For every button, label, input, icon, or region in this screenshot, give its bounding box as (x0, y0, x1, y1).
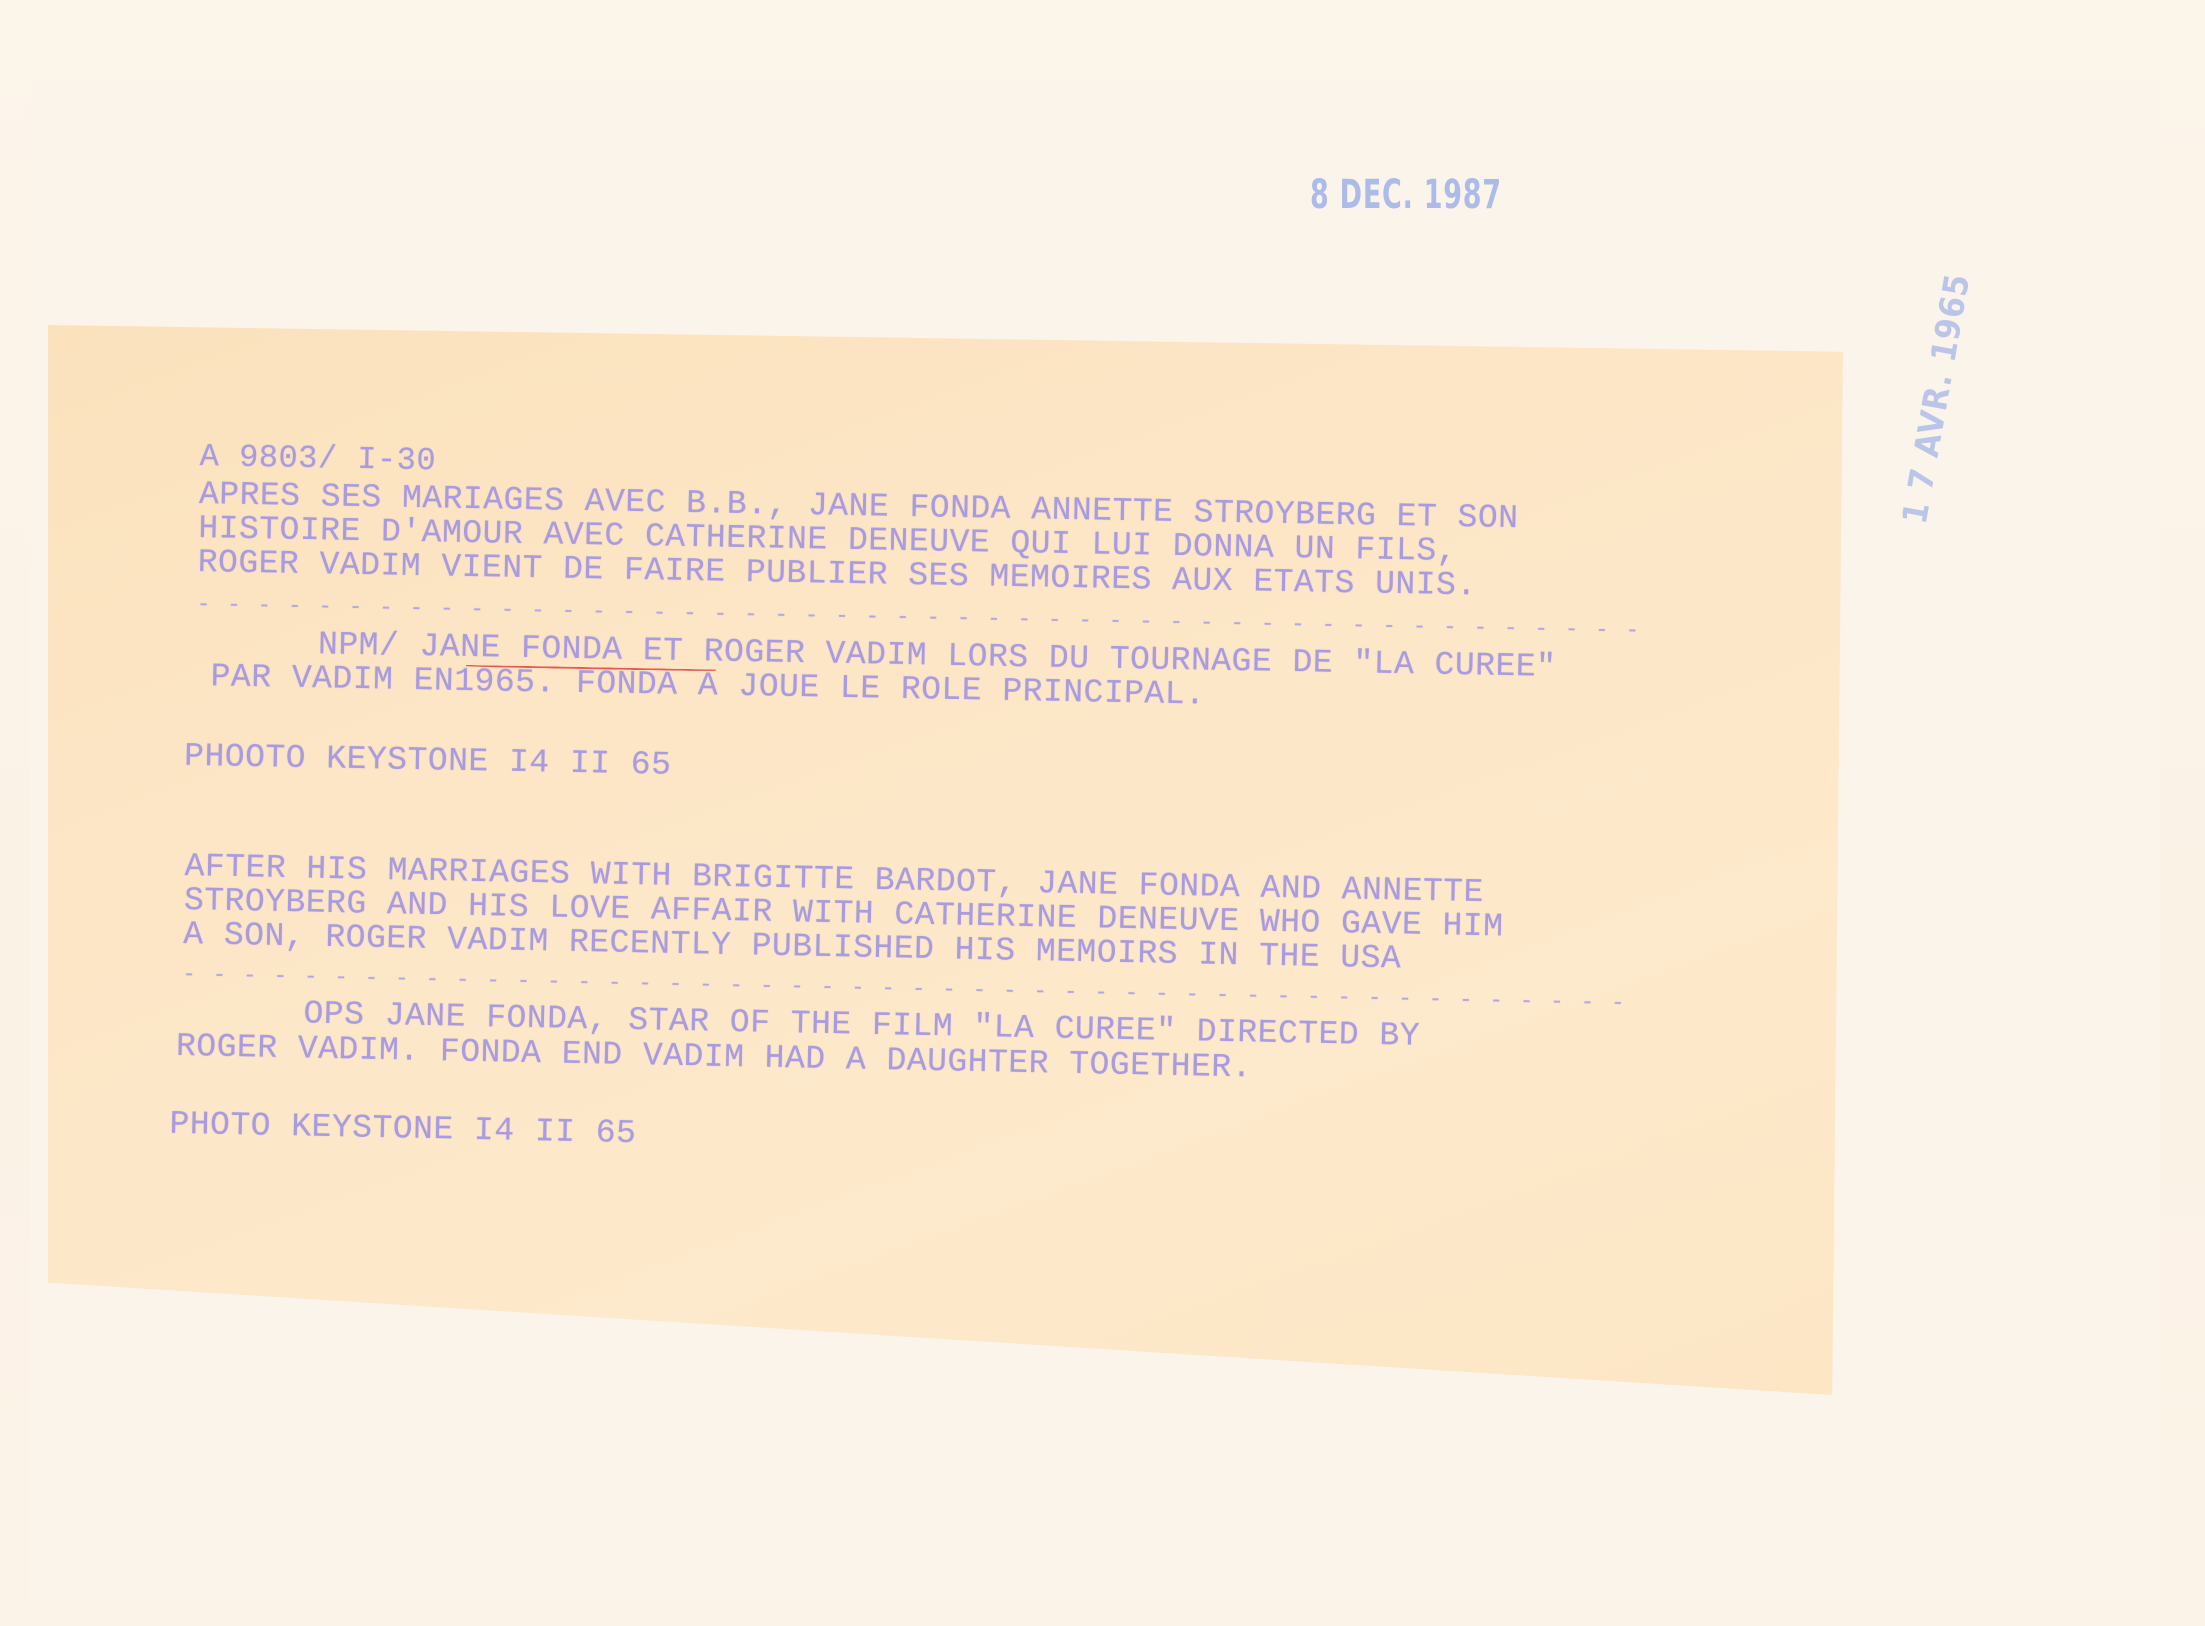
received-date-stamp: 8 DEC. 1987 (1310, 172, 1502, 218)
reference-number: A 9803/ I-30 (199, 440, 436, 478)
